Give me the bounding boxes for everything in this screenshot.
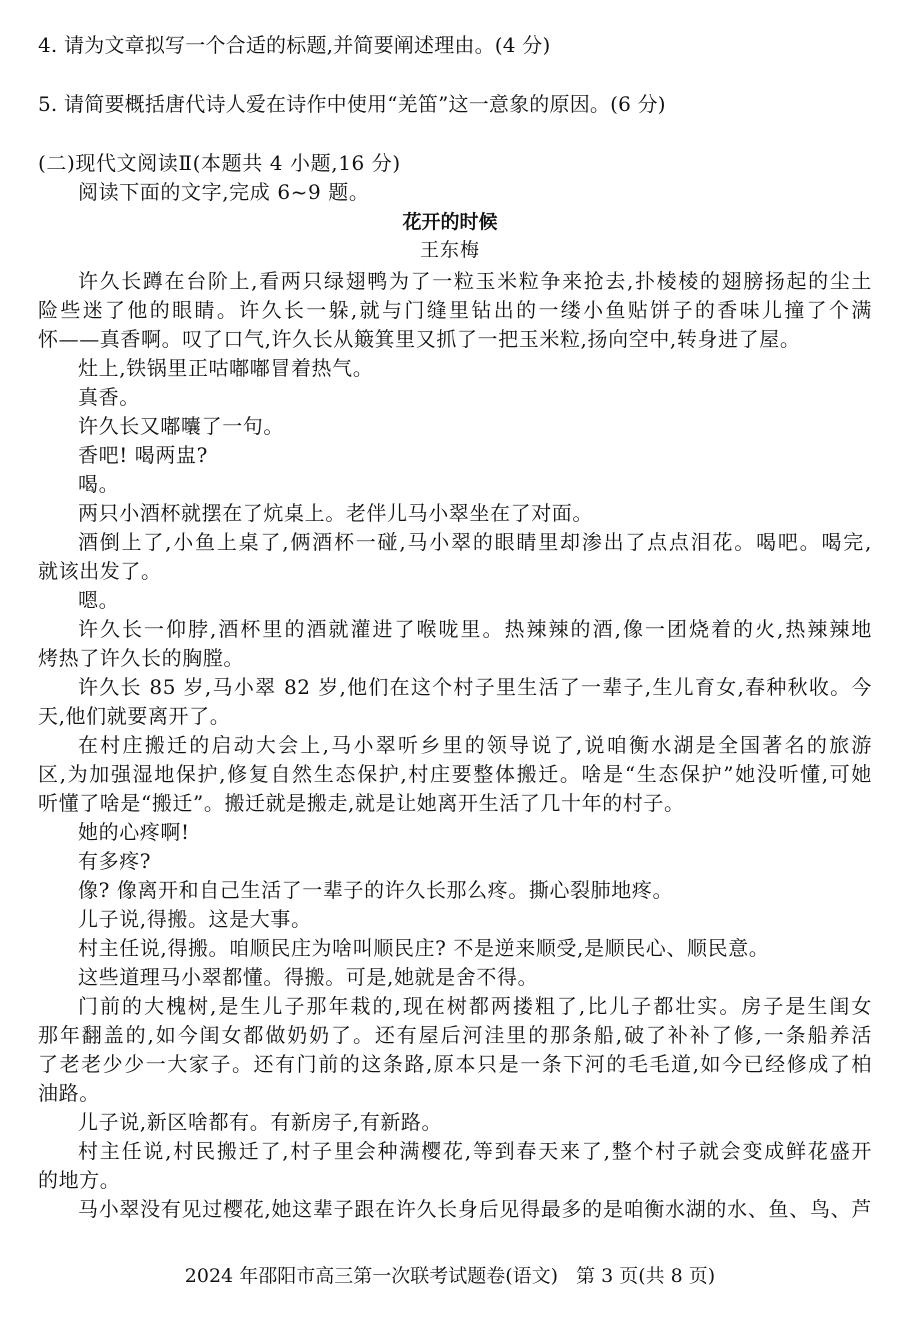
- body-line: 区,为加强湿地保护,修复自然生态保护,村庄要整体搬迁。啥是“生态保护”她没听懂,…: [38, 762, 872, 786]
- question-text: 请简要概括唐代诗人爱在诗作中使用“羌笛”这一意象的原因。(6 分): [64, 92, 666, 116]
- body-line: 灶上,铁锅里正咕嘟嘟冒着热气。: [78, 356, 872, 380]
- body-line: 在村庄搬迁的启动大会上,马小翠听乡里的领导说了,说咱衡水湖是全国著名的旅游: [78, 733, 872, 757]
- body-line: 她的心疼啊!: [78, 820, 872, 844]
- body-line: 村主任说,村民搬迁了,村子里会种满樱花,等到春天来了,整个村子就会变成鲜花盛开: [78, 1139, 872, 1163]
- body-line: 马小翠没有见过樱花,她这辈子跟在许久长身后见得最多的是咱衡水湖的水、鱼、鸟、芦: [78, 1197, 872, 1221]
- question-5: 5. 请简要概括唐代诗人爱在诗作中使用“羌笛”这一意象的原因。(6 分): [38, 92, 872, 116]
- body-line: 险些迷了他的眼睛。许久长一躲,就与门缝里钻出的一缕小鱼贴饼子的香味儿撞了个满: [38, 298, 872, 322]
- body-line: 儿子说,新区啥都有。有新房子,有新路。: [78, 1110, 872, 1134]
- body-line: 烤热了许久长的胸膛。: [38, 646, 872, 670]
- body-line: 了老老少少一大家子。还有门前的这条路,原本只是一条下河的毛毛道,如今已经修成了柏: [38, 1052, 872, 1076]
- body-line: 有多疼?: [78, 849, 872, 873]
- body-line: 听懂了啥是“搬迁”。搬迁就是搬走,就是让她离开生活了几十年的村子。: [38, 791, 872, 815]
- body-line: 许久长一仰脖,酒杯里的酒就灌进了喉咙里。热辣辣的酒,像一团烧着的火,热辣辣地: [78, 617, 872, 641]
- body-line: 油路。: [38, 1081, 872, 1105]
- page-footer: 2024 年邵阳市高三第一次联考试题卷(语文)第 3 页(共 8 页): [0, 1264, 900, 1288]
- body-line: 许久长蹲在台阶上,看两只绿翅鸭为了一粒玉米粒争来抢去,扑棱棱的翅膀扬起的尘土: [78, 269, 872, 293]
- exam-title: 2024 年邵阳市高三第一次联考试题卷(语文): [185, 1265, 558, 1287]
- page-number: 第 3 页(共 8 页): [576, 1265, 715, 1287]
- question-number: 4.: [38, 33, 57, 57]
- section-instruction: 阅读下面的文字,完成 6~9 题。: [78, 180, 872, 204]
- article-title: 花开的时候: [0, 210, 900, 234]
- question-text: 请为文章拟写一个合适的标题,并简要阐述理由。(4 分): [64, 33, 550, 57]
- body-line: 那年翻盖的,如今闺女都做奶奶了。还有屋后河洼里的那条船,破了补补了修,一条船养活: [38, 1023, 872, 1047]
- body-line: 像? 像离开和自己生活了一辈子的许久长那么疼。撕心裂肺地疼。: [78, 878, 872, 902]
- body-line: 的地方。: [38, 1168, 872, 1192]
- body-line: 天,他们就要离开了。: [38, 704, 872, 728]
- body-line: 这些道理马小翠都懂。得搬。可是,她就是舍不得。: [78, 965, 872, 989]
- body-line: 香吧! 喝两盅?: [78, 443, 872, 467]
- article-author: 王东梅: [0, 238, 900, 262]
- body-line: 酒倒上了,小鱼上桌了,俩酒杯一碰,马小翠的眼睛里却渗出了点点泪花。喝吧。喝完,: [78, 530, 872, 554]
- body-line: 门前的大槐树,是生儿子那年栽的,现在树都两搂粗了,比儿子都壮实。房子是生闺女: [78, 994, 872, 1018]
- section-heading: (二)现代文阅读Ⅱ(本题共 4 小题,16 分): [38, 151, 872, 175]
- body-line: 真香。: [78, 385, 872, 409]
- body-line: 许久长 85 岁,马小翠 82 岁,他们在这个村子里生活了一辈子,生儿育女,春种…: [78, 675, 872, 699]
- body-line: 两只小酒杯就摆在了炕桌上。老伴儿马小翠坐在了对面。: [78, 501, 872, 525]
- question-number: 5.: [38, 92, 57, 116]
- body-line: 怀——真香啊。叹了口气,许久长从簸箕里又抓了一把玉米粒,扬向空中,转身进了屋。: [38, 327, 872, 351]
- body-line: 村主任说,得搬。咱顺民庄为啥叫顺民庄? 不是逆来顺受,是顺民心、顺民意。: [78, 936, 872, 960]
- body-line: 嗯。: [78, 588, 872, 612]
- body-line: 许久长又嘟囔了一句。: [78, 414, 872, 438]
- body-line: 儿子说,得搬。这是大事。: [78, 907, 872, 931]
- body-line: 喝。: [78, 472, 872, 496]
- question-4: 4. 请为文章拟写一个合适的标题,并简要阐述理由。(4 分): [38, 33, 872, 57]
- body-line: 就该出发了。: [38, 559, 872, 583]
